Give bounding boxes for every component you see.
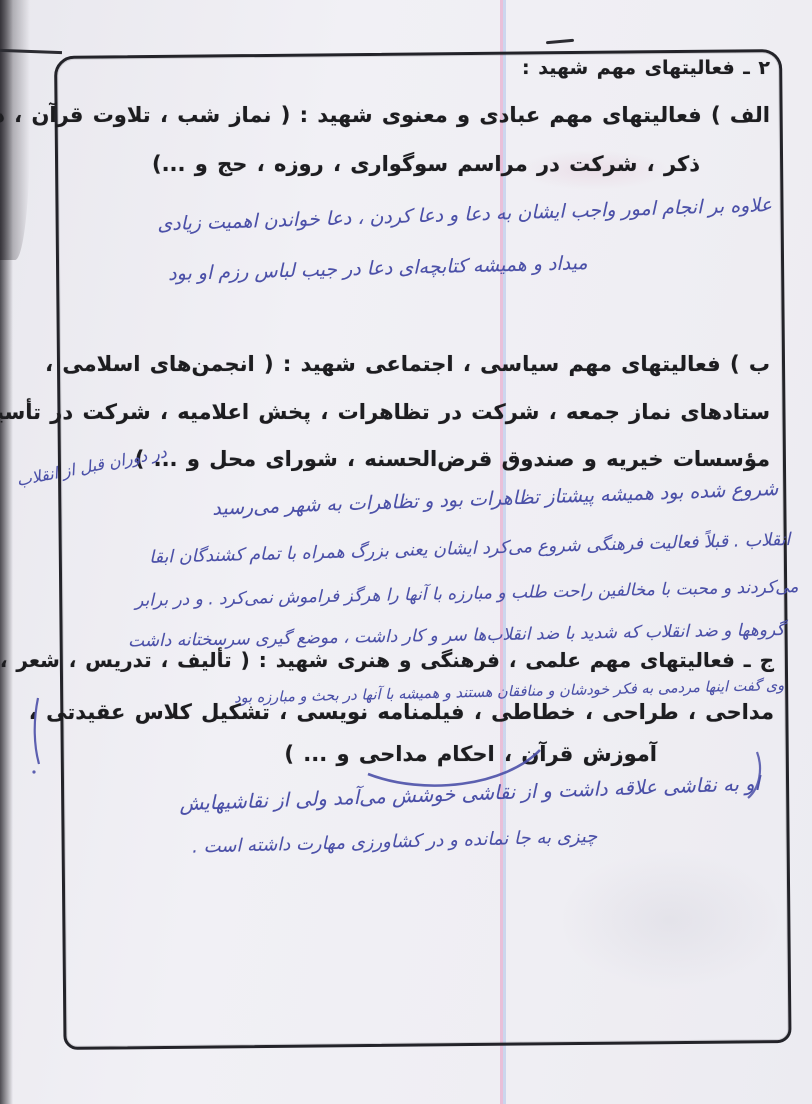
printed-line-be-1: ب ) فعالیتهای مهم سیاسی ، اجتماعی شهید :… — [45, 352, 770, 376]
printed-line-be-2: ستادهای نماز جمعه ، شرکت در تظاهرات ، پخ… — [0, 400, 770, 424]
printed-line-jim-1: ج ـ فعالیتهای مهم علمی ، فرهنگی و هنری ش… — [0, 648, 774, 672]
printed-line-alef-2: ذکر ، شرکت در مراسم سوگواری ، روزه ، حج … — [152, 152, 700, 176]
border-extension-line — [0, 49, 62, 54]
printed-line-jim-3: آموزش قرآن ، احکام مداحی و ... ) — [284, 742, 657, 766]
printed-line-alef-1: الف ) فعالیتهای مهم عبادی و معنوی شهید :… — [0, 103, 770, 127]
scanned-document-page: ۲ ـ فعالیتهای مهم شهید : الف ) فعالیتهای… — [0, 0, 812, 1104]
printed-line-be-3: مؤسسات خیریه و صندوق قرض‌الحسنه ، شورای … — [135, 447, 770, 471]
section-heading: ۲ ـ فعالیتهای مهم شهید : — [522, 57, 770, 79]
stray-pen-dash — [546, 39, 574, 44]
scan-edge-shadow — [0, 0, 13, 1104]
printed-line-jim-2: مداحی ، طراحی ، خطاطی ، فیلمنامه نویسی ،… — [29, 700, 774, 724]
scan-corner-shadow — [0, 0, 30, 260]
